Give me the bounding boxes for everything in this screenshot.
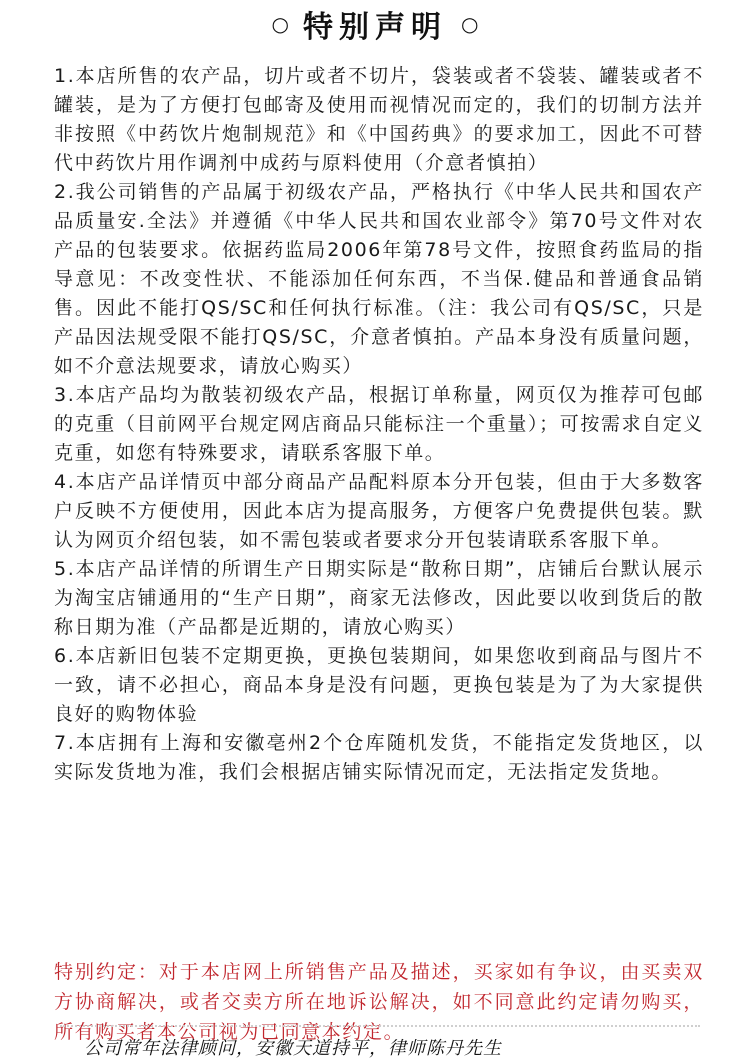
dotted-divider [60,1025,700,1027]
clause-3: 3.本店产品均为散装初级农产品，根据订单称量，网页仅为推荐可包邮的克重（目前网平… [54,381,704,468]
clauses-list: 1.本店所售的农产品，切片或者不切片，袋装或者不袋装、罐装或者不罐装，是为了方便… [54,62,704,787]
circle-deco-icon-right: ○ [461,14,478,34]
clause-5: 5.本店产品详情的所谓生产日期实际是“散称日期”，店铺后台默认展示为淘宝店铺通用… [54,555,704,642]
clause-4: 4.本店产品详情页中部分商品产品配料原本分开包装，但由于大多数客户反映不方便使用… [54,468,704,555]
clause-1: 1.本店所售的农产品，切片或者不切片，袋装或者不袋装、罐装或者不罐装，是为了方便… [54,62,704,178]
circle-deco-icon-left: ○ [272,14,289,34]
clause-2: 2.我公司销售的产品属于初级农产品，严格执行《中华人民共和国农产品质量安.全法》… [54,178,704,381]
legal-advisor-note: 公司常年法律顾问，安徽天道持平，律师陈丹先生 [84,1034,502,1060]
clause-6: 6.本店新旧包装不定期更换，更换包装期间，如果您收到商品与图片不一致，请不必担心… [54,642,704,729]
page-title: 特别声明 [303,2,447,46]
header: ○ 特别声明 ○ [0,0,750,48]
clause-7: 7.本店拥有上海和安徽亳州2个仓库随机发货，不能指定发货地区，以实际发货地为准，… [54,729,704,787]
